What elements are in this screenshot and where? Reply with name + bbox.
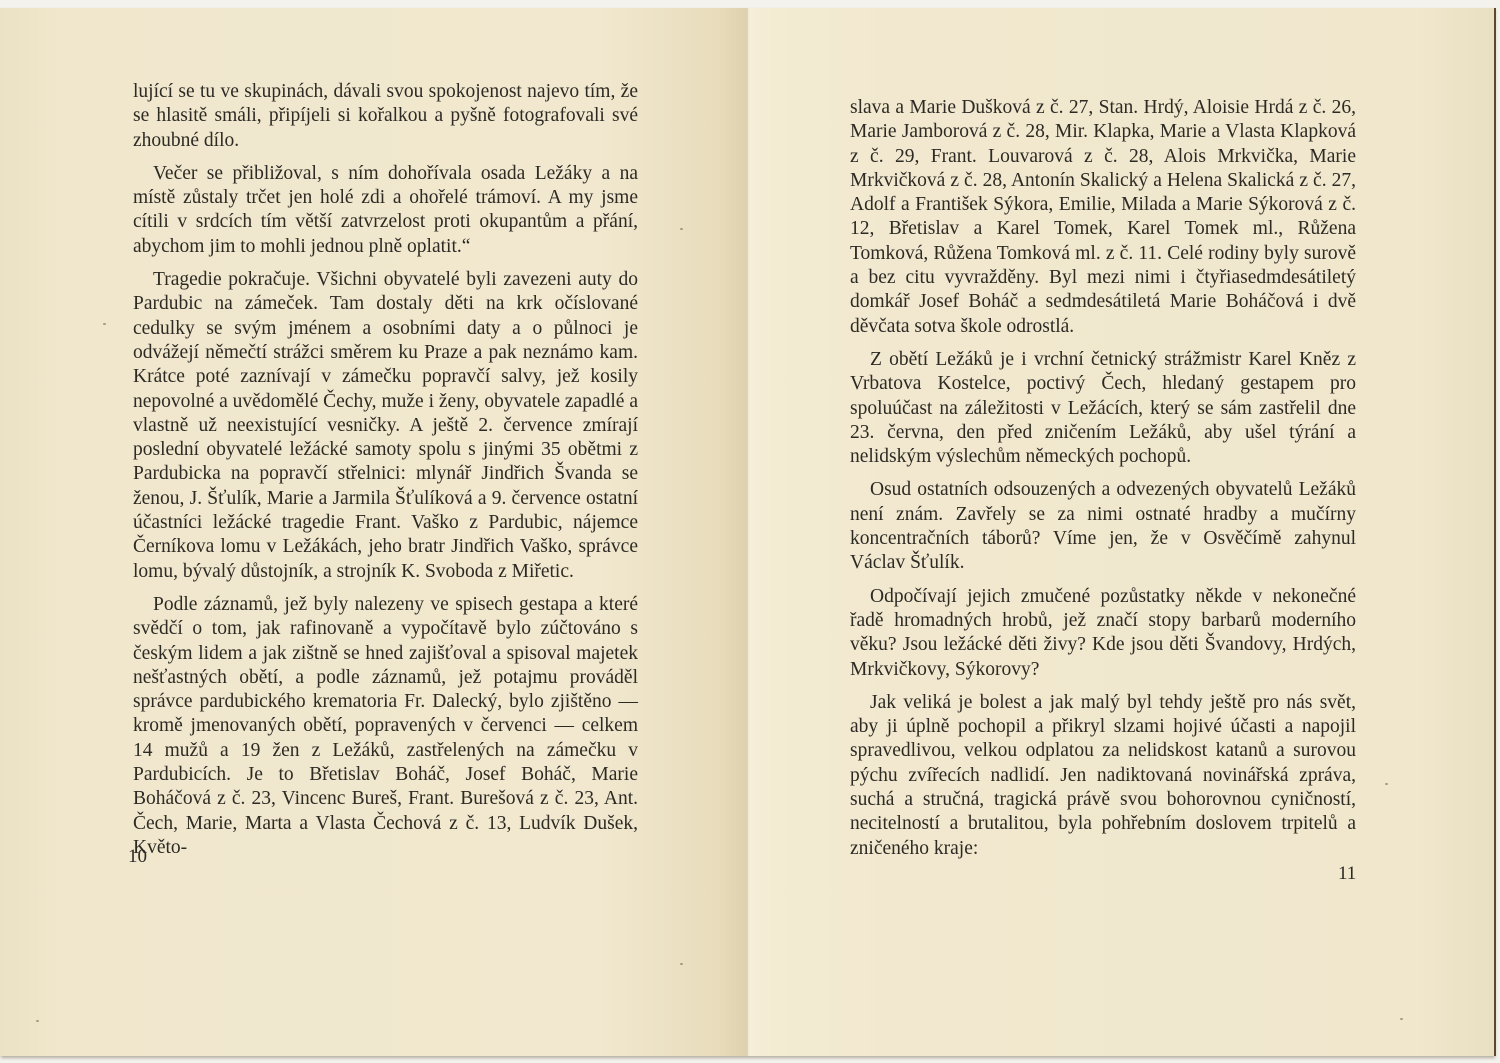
left-page: lující se tu ve skupinách, dávali svou s… [0,8,748,1056]
paper-speck [1385,783,1388,785]
book-spread: lující se tu ve skupinách, dávali svou s… [0,8,1494,1056]
left-page-text: lující se tu ve skupinách, dávali svou s… [133,80,638,869]
paragraph: Tragedie pokračuje. Všichni obyvatelé by… [133,268,638,584]
paragraph: Večer se přibližoval, s ním dohořívala o… [133,162,638,259]
right-page-text: slava a Marie Dušková z č. 27, Stan. Hrd… [850,96,1356,870]
paragraph: Osud ostatních odsouzených a odvezených … [850,478,1356,575]
paper-speck [680,963,683,965]
paragraph: slava a Marie Dušková z č. 27, Stan. Hrd… [850,96,1356,339]
paragraph: Jak veliká je bolest a jak malý byl tehd… [850,691,1356,861]
paragraph: Odpočívají jejich zmučené pozůstatky něk… [850,585,1356,682]
paper-speck [680,228,683,230]
page-number-left: 10 [128,846,147,868]
page-number-right: 11 [1338,863,1356,885]
paragraph: lující se tu ve skupinách, dávali svou s… [133,80,638,153]
paragraph: Podle záznamů, jež byly nalezeny ve spis… [133,593,638,860]
right-page: slava a Marie Dušková z č. 27, Stan. Hrd… [750,8,1496,1056]
paper-speck [103,323,106,325]
paper-speck [36,1020,39,1022]
paragraph: Z obětí Ležáků je i vrchní četnický strá… [850,348,1356,469]
paper-speck [1400,1018,1403,1020]
